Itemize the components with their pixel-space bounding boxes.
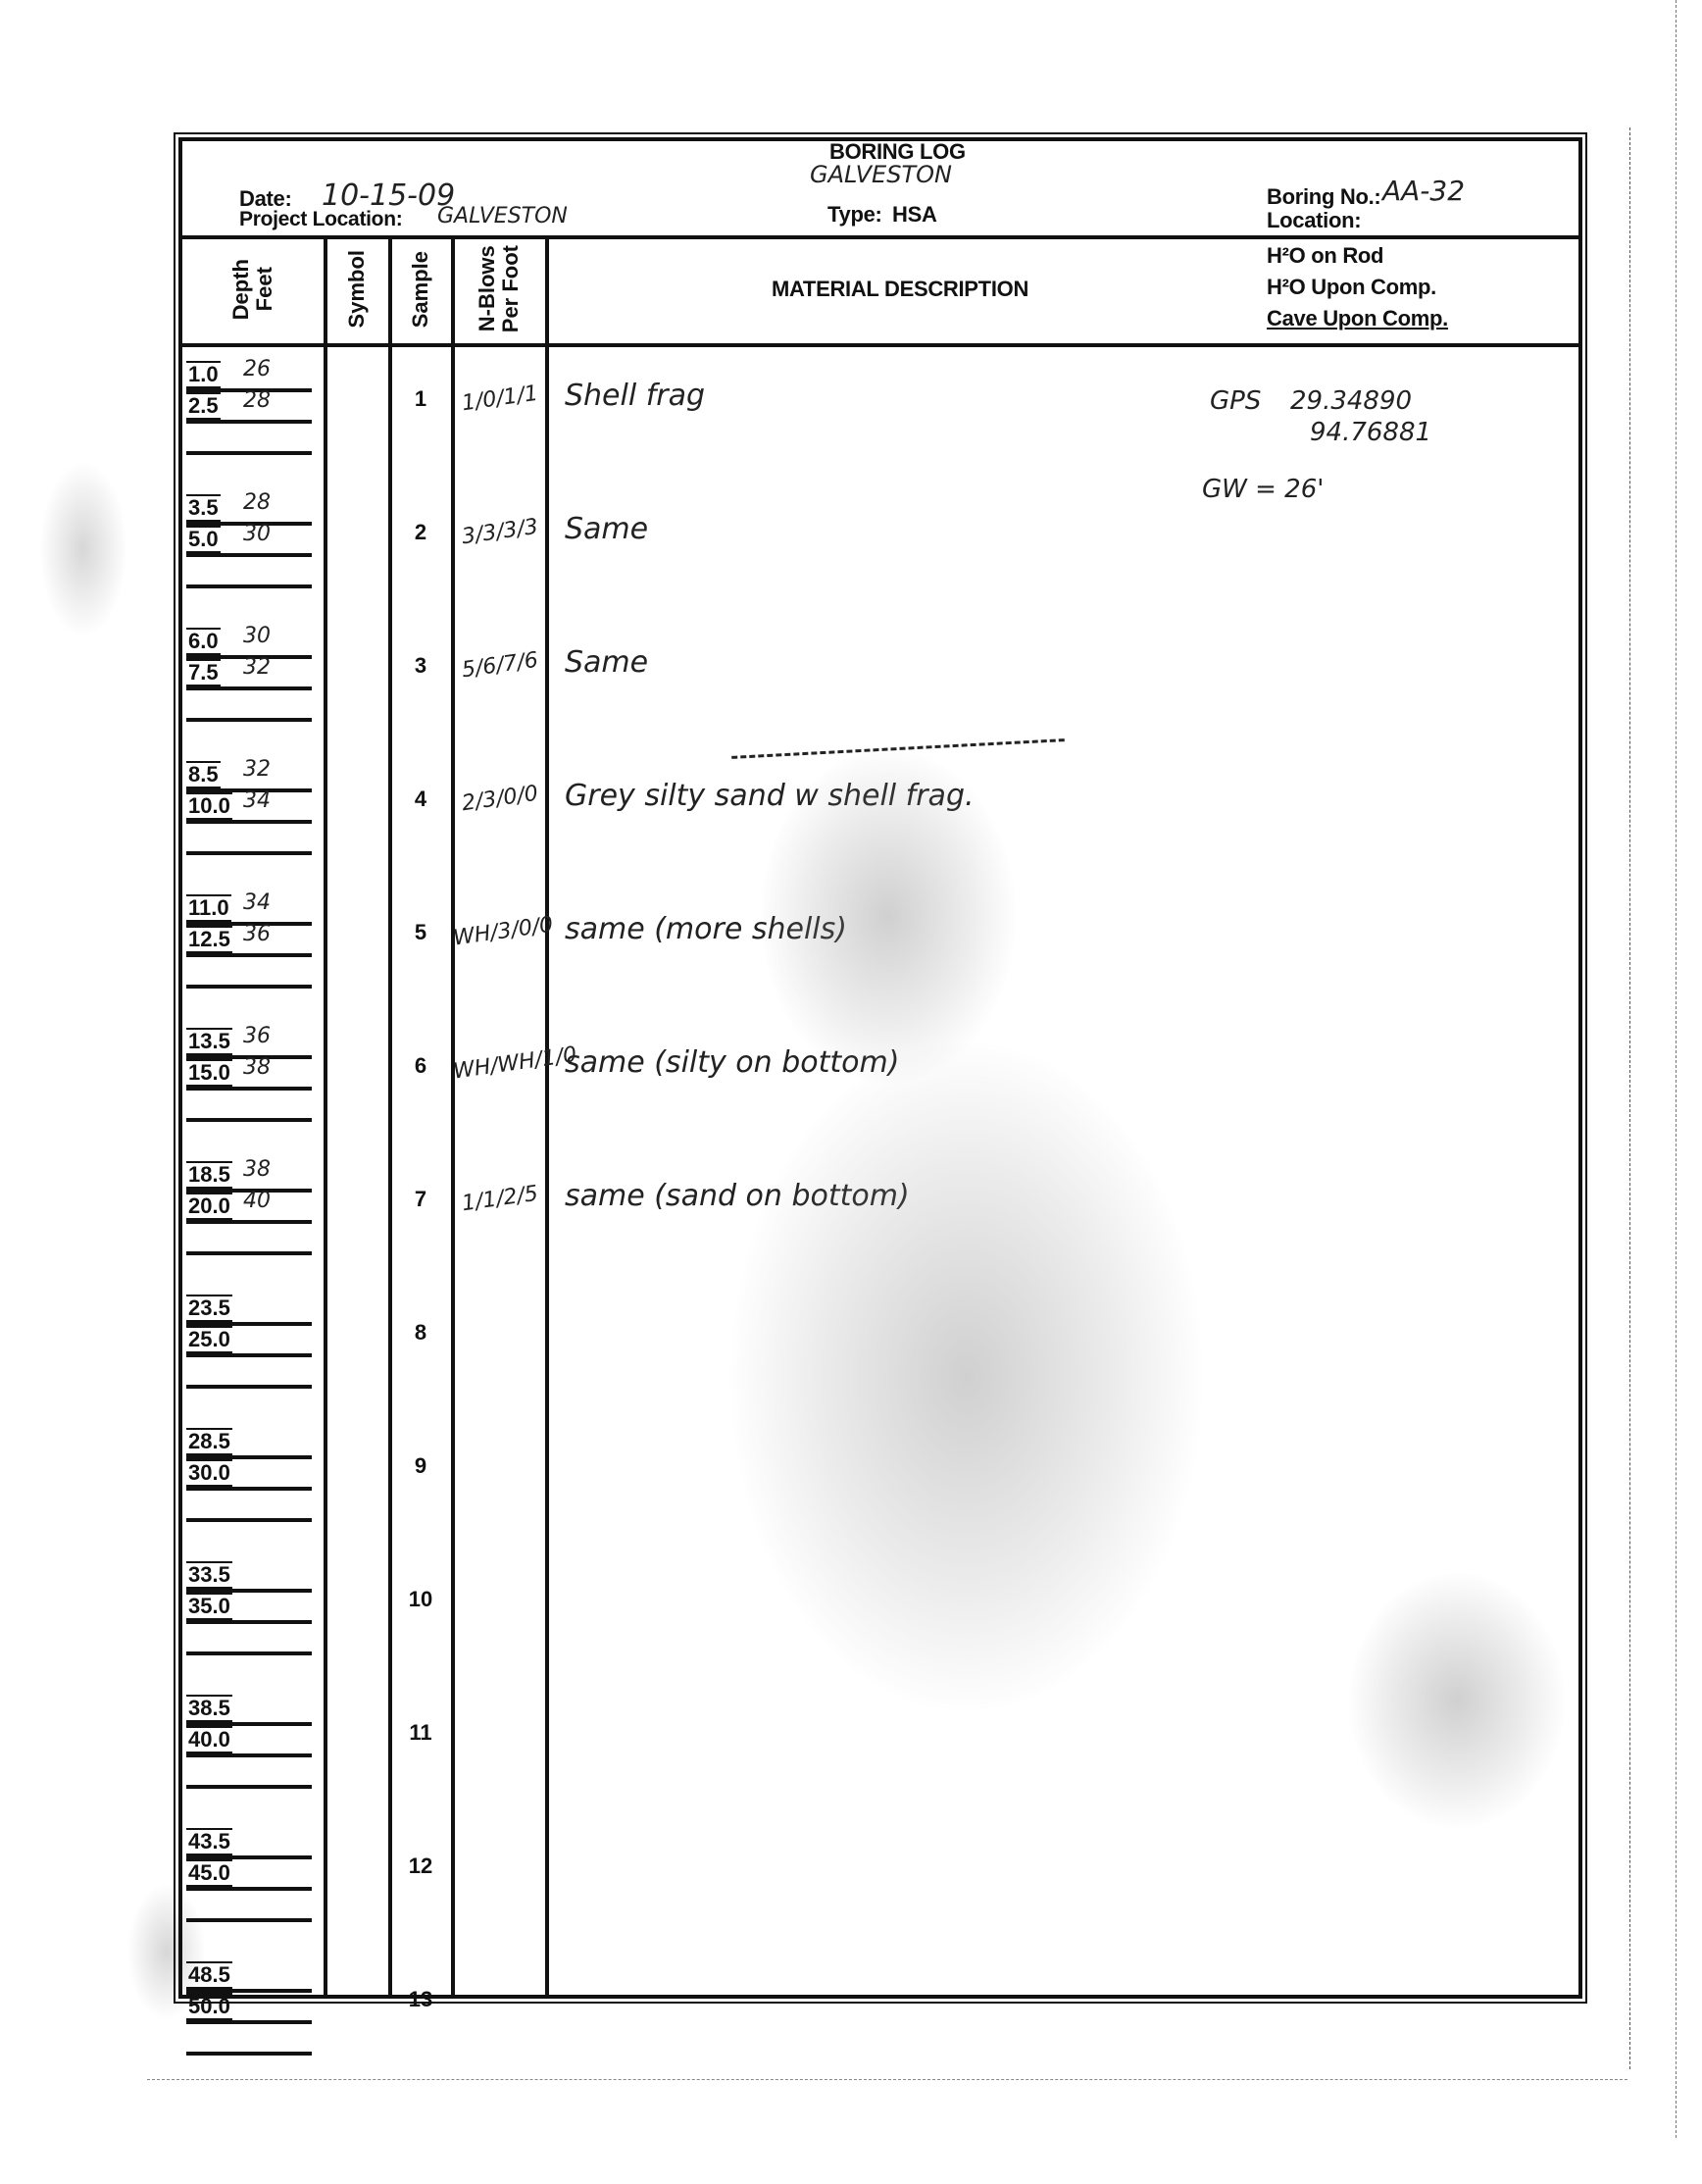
depth-top: 28.5 xyxy=(186,1428,232,1455)
depth-note-top: 26 xyxy=(243,357,271,381)
depth-bottom: 50.0 xyxy=(186,1993,232,2020)
depth-tick xyxy=(186,451,312,455)
depth-tick xyxy=(186,1087,312,1091)
depth-tick xyxy=(186,985,312,989)
depth-bottom: 2.5 xyxy=(186,392,221,420)
depth-tick xyxy=(186,1651,312,1655)
scan-edge xyxy=(1676,0,1677,2138)
depth-tick xyxy=(186,1251,312,1255)
blow-counts xyxy=(453,1713,546,1726)
depth-note-top: 34 xyxy=(243,890,271,915)
title-handwritten: GALVESTON xyxy=(810,161,952,188)
column-divider xyxy=(451,235,455,1995)
depth-top: 13.5 xyxy=(186,1028,232,1055)
depth-top: 48.5 xyxy=(186,1961,232,1989)
depth-tick xyxy=(186,851,312,855)
type-value: HSA xyxy=(892,202,937,228)
form-header: Date: 10-15-09 Project Location: GALVEST… xyxy=(182,141,1578,239)
blow-counts xyxy=(453,1313,546,1326)
column-divider xyxy=(545,235,549,1995)
gps-latitude: 29.34890 xyxy=(1290,386,1412,416)
depth-top: 23.5 xyxy=(186,1295,232,1322)
depth-bottom: 10.0 xyxy=(186,792,232,820)
material-description: Same xyxy=(565,512,648,546)
depth-tick xyxy=(186,2020,312,2024)
sample-number: 5 xyxy=(390,920,451,945)
ground-elevation-note: GW = 26' xyxy=(1202,475,1324,504)
material-description: Shell frag xyxy=(565,379,705,413)
sample-number: 4 xyxy=(390,787,451,812)
depth-tick xyxy=(186,553,312,557)
project-location-value: GALVESTON xyxy=(437,204,568,229)
depth-bottom: 20.0 xyxy=(186,1193,232,1220)
column-header-sample: Sample xyxy=(390,235,451,343)
depth-tick xyxy=(186,420,312,424)
column-header-symbol: Symbol xyxy=(325,235,388,343)
blow-counts: 1/0/1/1 xyxy=(452,380,549,417)
blow-counts xyxy=(453,1447,546,1459)
depth-note-bottom: 38 xyxy=(243,1055,271,1080)
scan-smudge xyxy=(1349,1573,1565,1828)
depth-note-top: 38 xyxy=(243,1157,271,1182)
material-description: Same xyxy=(565,645,648,680)
depth-tick xyxy=(186,1118,312,1122)
column-header-depth: DepthFeet xyxy=(182,235,324,343)
depth-bottom: 35.0 xyxy=(186,1593,232,1620)
depth-tick xyxy=(186,686,312,690)
gps-label: GPS xyxy=(1210,386,1261,416)
depth-tick xyxy=(186,1487,312,1491)
depth-note-bottom: 28 xyxy=(243,388,271,413)
blow-counts xyxy=(453,1580,546,1593)
depth-tick xyxy=(186,1353,312,1357)
blow-counts: 5/6/7/6 xyxy=(452,646,549,684)
depth-tick xyxy=(186,953,312,957)
sample-number: 11 xyxy=(390,1720,451,1746)
depth-tick xyxy=(186,1753,312,1757)
depth-note-bottom: 32 xyxy=(243,655,271,680)
depth-tick xyxy=(186,1785,312,1789)
depth-tick xyxy=(186,584,312,588)
depth-tick xyxy=(186,1220,312,1224)
depth-tick xyxy=(186,718,312,722)
sample-number: 3 xyxy=(390,653,451,679)
blow-counts: 1/1/2/5 xyxy=(452,1180,549,1217)
depth-tick xyxy=(186,1918,312,1922)
sample-number: 6 xyxy=(390,1053,451,1079)
blow-counts: 2/3/0/0 xyxy=(452,780,549,817)
depth-tick xyxy=(186,820,312,824)
h2o-upon-comp-label: H²O Upon Comp. xyxy=(1267,275,1436,300)
h2o-on-rod-label: H²O on Rod xyxy=(1267,243,1383,269)
depth-note-bottom: 40 xyxy=(243,1189,271,1213)
column-header-blows: N-BlowsPer Foot xyxy=(453,235,545,343)
depth-top: 18.5 xyxy=(186,1161,232,1189)
column-header-material: MATERIAL DESCRIPTION xyxy=(547,235,1253,343)
blow-counts: WH/WH/1/0 xyxy=(452,1046,549,1084)
depth-bottom: 12.5 xyxy=(186,926,232,953)
blow-counts: WH/3/0/0 xyxy=(452,913,549,950)
depth-bottom: 7.5 xyxy=(186,659,221,686)
boring-no-label: Boring No.: xyxy=(1267,184,1380,210)
depth-top: 38.5 xyxy=(186,1695,232,1722)
blows-header-line2: Per Foot xyxy=(498,245,523,332)
depth-tick xyxy=(186,1518,312,1522)
depth-top: 8.5 xyxy=(186,761,221,788)
column-divider xyxy=(324,235,327,1995)
scan-smudge xyxy=(761,749,1016,1083)
depth-bottom: 40.0 xyxy=(186,1726,232,1753)
sample-number: 7 xyxy=(390,1187,451,1212)
depth-bottom: 45.0 xyxy=(186,1859,232,1887)
blows-header-line1: N-Blows xyxy=(475,246,499,332)
depth-tick xyxy=(186,1385,312,1389)
type-label: Type: xyxy=(827,202,882,228)
depth-header-line1: Depth xyxy=(228,259,253,320)
depth-note-bottom: 30 xyxy=(243,522,271,546)
depth-bottom: 15.0 xyxy=(186,1059,232,1087)
depth-note-top: 28 xyxy=(243,490,271,515)
depth-note-bottom: 34 xyxy=(243,788,271,813)
boring-no-value: AA-32 xyxy=(1382,175,1465,207)
depth-top: 3.5 xyxy=(186,494,221,522)
depth-tick xyxy=(186,2052,312,2056)
depth-note-top: 32 xyxy=(243,757,271,782)
depth-top: 43.5 xyxy=(186,1828,232,1855)
sample-number: 13 xyxy=(390,1987,451,2012)
depth-note-top: 36 xyxy=(243,1024,271,1048)
sample-number: 10 xyxy=(390,1587,451,1612)
depth-note-bottom: 36 xyxy=(243,922,271,946)
depth-bottom: 25.0 xyxy=(186,1326,232,1353)
depth-tick xyxy=(186,1887,312,1891)
depth-top: 6.0 xyxy=(186,628,221,655)
depth-bottom: 30.0 xyxy=(186,1459,232,1487)
depth-top: 11.0 xyxy=(186,894,231,922)
sample-number: 12 xyxy=(390,1854,451,1879)
location-label: Location: xyxy=(1267,208,1361,233)
sample-number: 2 xyxy=(390,520,451,545)
depth-top: 33.5 xyxy=(186,1561,232,1589)
gps-longitude: 94.76881 xyxy=(1310,418,1431,447)
blow-counts xyxy=(453,1847,546,1859)
sample-number: 9 xyxy=(390,1453,451,1479)
sample-number: 8 xyxy=(390,1320,451,1346)
blow-counts xyxy=(453,1980,546,1993)
cave-upon-comp-label: Cave Upon Comp. xyxy=(1267,306,1448,331)
depth-top: 1.0 xyxy=(186,361,221,388)
boring-log-form: Date: 10-15-09 Project Location: GALVEST… xyxy=(178,137,1582,1999)
depth-tick xyxy=(186,1620,312,1624)
scan-smudge xyxy=(731,1043,1202,1710)
depth-header-line2: Feet xyxy=(252,267,276,311)
scan-edge xyxy=(147,2079,1627,2080)
scan-edge xyxy=(1629,127,1630,2069)
scan-noise xyxy=(39,461,127,637)
sample-number: 1 xyxy=(390,386,451,412)
depth-bottom: 5.0 xyxy=(186,526,221,553)
blow-counts: 3/3/3/3 xyxy=(452,513,549,550)
project-location-label: Project Location: xyxy=(239,208,402,231)
depth-note-top: 30 xyxy=(243,624,271,648)
